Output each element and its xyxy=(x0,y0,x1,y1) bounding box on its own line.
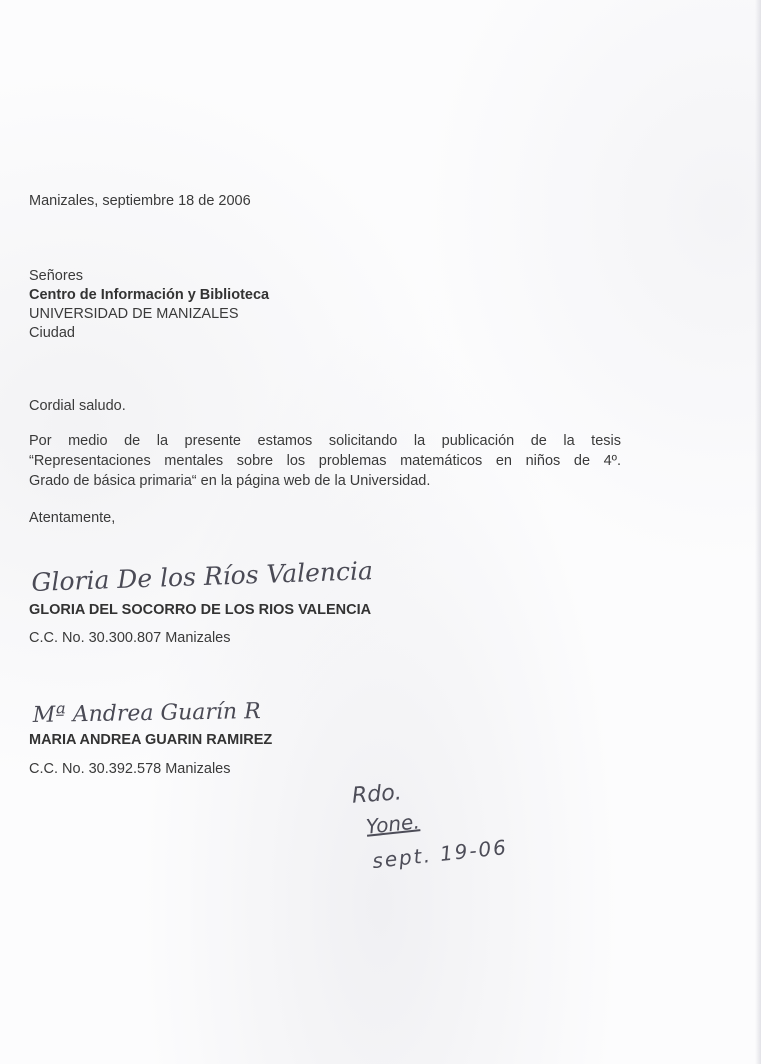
recipient-salutation: Señores xyxy=(29,267,83,285)
signatory-id: C.C. No. 30.300.807 Manizales xyxy=(29,629,231,647)
closing: Atentamente, xyxy=(29,509,115,527)
scanned-paper-background xyxy=(0,0,761,1064)
signatory-name: MARIA ANDREA GUARIN RAMIREZ xyxy=(29,731,272,749)
greeting: Cordial saludo. xyxy=(29,397,126,415)
body-paragraph: Por medio de la presente estamos solicit… xyxy=(29,431,621,491)
received-note-line: Rdo. xyxy=(351,780,402,808)
signatory-name: GLORIA DEL SOCORRO DE LOS RIOS VALENCIA xyxy=(29,601,371,619)
body-line: Por medio de la presente estamos solicit… xyxy=(29,431,621,451)
date-line: Manizales, septiembre 18 de 2006 xyxy=(29,192,251,210)
body-line: “Representaciones mentales sobre los pro… xyxy=(29,451,621,471)
handwritten-signature: Mª Andrea Guarín R xyxy=(33,699,261,728)
recipient-city: Ciudad xyxy=(29,324,75,342)
recipient-organization: Centro de Información y Biblioteca xyxy=(29,286,269,304)
recipient-institution: UNIVERSIDAD DE MANIZALES xyxy=(29,305,239,323)
signatory-id: C.C. No. 30.392.578 Manizales xyxy=(29,760,231,778)
paper-edge-shadow xyxy=(755,0,761,1064)
body-line: Grado de básica primaria“ en la página w… xyxy=(29,471,621,491)
